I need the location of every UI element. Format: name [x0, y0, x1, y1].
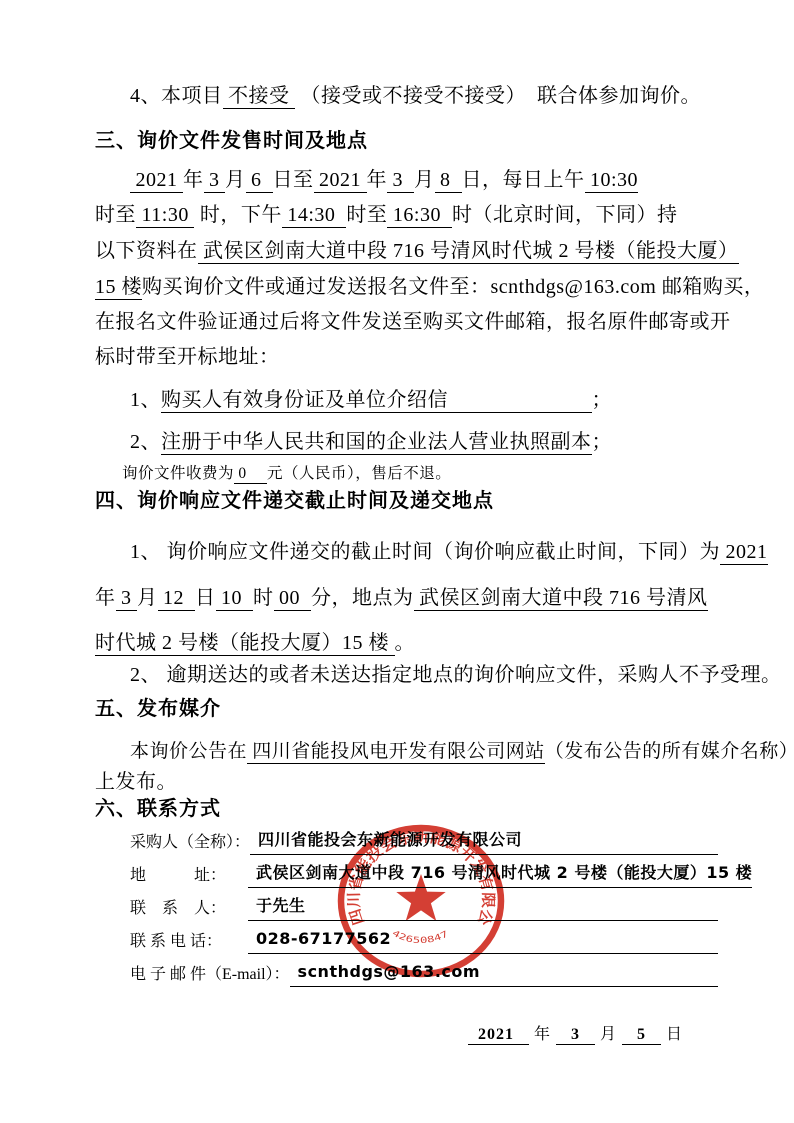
contact-row-address: 地 址：武侯区剑南大道中段 716 号清风时代城 2 号楼（能投大厦）15 楼 [130, 861, 718, 888]
text-segment: 日 [195, 587, 216, 609]
text-segment: 15 楼 [95, 276, 142, 300]
text-segment: 武侯区剑南大道中段 716 号清风 [414, 587, 708, 611]
text-segment: 日 [661, 1026, 683, 1043]
contact-person-label: 联 系 人： [130, 897, 248, 921]
section3-heading: 三、询价文件发售时间及地点 [95, 127, 368, 154]
text-segment: 年 [95, 587, 116, 609]
text-segment: 武侯区剑南大道中段 716 号清风时代城 2 号楼（能投大厦） [198, 240, 739, 264]
text-segment: 年 [367, 169, 388, 191]
phone-underline: 028-67177562 [248, 927, 718, 954]
text-segment: 分，地点为 [311, 587, 414, 609]
text-segment: 在报名文件验证通过后将文件发送至购买文件邮箱，报名原件邮寄或开 [95, 311, 731, 333]
email-underline: scnthdgs@163.com [290, 960, 718, 987]
address-underline: 武侯区剑南大道中段 716 号清风时代城 2 号楼（能投大厦）15 楼 [248, 861, 752, 888]
purchaser-label: 采购人（全称）： [130, 831, 250, 855]
text-segment: 元（人民币），售后不退。 [267, 465, 451, 482]
joint-venture-clause: 4、本项目 不接受 （接受或不接受不接受） 联合体参加询价。 [130, 83, 701, 110]
text-segment: 00 [274, 587, 312, 611]
text-segment: 10 [216, 587, 254, 611]
text-segment: 时至 [95, 204, 136, 226]
text-segment: 2021 [468, 1026, 529, 1045]
text-segment: ； [592, 431, 613, 453]
text-segment: 时代城 2 号楼（能投大厦）15 楼 [95, 632, 395, 656]
registration-line-1: 在报名文件验证通过后将文件发送至购买文件邮箱，报名原件邮寄或开 [95, 309, 731, 336]
text-segment: 时 [253, 587, 274, 609]
text-segment: 购买询价文件或通过发送报名文件至：scnthdgs@163.com 邮箱购买， [142, 276, 764, 298]
sale-time-line-1: 2021 年 3 月 6 日至 2021 年 3 月 8 日，每日上午 10:3… [130, 167, 638, 194]
text-segment: 标时带至开标地址： [95, 346, 280, 368]
text-segment: 3 [204, 169, 226, 193]
publish-media-line-1: 本询价公告在 四川省能投风电开发有限公司网站（发布公告的所有媒介名称） [130, 738, 794, 765]
text-segment: 6 [246, 169, 273, 193]
text-segment: 16:30 [387, 204, 452, 228]
email-value: scnthdgs@163.com [298, 962, 481, 981]
text-segment: 月 [225, 169, 246, 191]
purchaser-underline: 四川省能投会东新能源开发有限公司 [250, 828, 718, 855]
text-segment: 月 [595, 1026, 622, 1043]
section6-heading: 六、联系方式 [95, 795, 221, 822]
sale-time-line-2: 时至 11:30 时，下午 14:30 时至 16:30 时（北京时间，下同）持 [95, 202, 677, 229]
text-segment: 注册于中华人民共和国的企业法人营业执照副本 [161, 431, 592, 455]
text-segment: 2、 [130, 431, 161, 453]
text-segment: 10:30 [585, 169, 639, 193]
section5-heading: 五、发布媒介 [95, 695, 221, 722]
deadline-line-2: 年 3 月 12 日 10 时 00 分，地点为 武侯区剑南大道中段 716 号… [95, 585, 708, 612]
text-segment: 本询价公告在 [130, 741, 247, 762]
text-segment: 3 [116, 587, 138, 611]
text-segment: （发布公告的所有媒介名称） [545, 741, 794, 762]
contact-person-value: 于先生 [256, 896, 306, 915]
text-segment: 日，每日上午 [462, 169, 585, 191]
document-page: 4、本项目 不接受 （接受或不接受不接受） 联合体参加询价。 三、询价文件发售时… [0, 0, 794, 1123]
text-segment: 1、 [130, 389, 161, 411]
text-segment: 时至 [346, 204, 387, 226]
text-segment: 时（北京时间，下同）持 [452, 204, 678, 226]
text-segment: 3 [387, 169, 414, 193]
text-segment: 不接受 [223, 85, 296, 109]
purchaser-value: 四川省能投会东新能源开发有限公司 [258, 830, 522, 849]
sale-address-line-1: 以下资料在 武侯区剑南大道中段 716 号清风时代城 2 号楼（能投大厦） [95, 238, 739, 265]
text-segment: 8 [435, 169, 462, 193]
text-segment: 2021 [130, 169, 183, 193]
text-segment: 询价文件收费为 [122, 465, 234, 482]
text-segment: 14:30 [282, 204, 347, 228]
text-segment: 月 [414, 169, 435, 191]
deadline-line-1: 1、 询价响应文件递交的截止时间（询价响应截止时间，下同）为 2021 [130, 539, 768, 566]
text-segment: 12 [158, 587, 196, 611]
deadline-line-3: 时代城 2 号楼（能投大厦）15 楼 。 [95, 630, 415, 657]
text-segment: 日至 [273, 169, 314, 191]
text-segment: 四川省能投风电开发有限公司网站 [247, 741, 545, 764]
text-segment: 4、本项目 [130, 85, 223, 107]
text-segment: 月 [137, 587, 158, 609]
publish-media-line-2: 上发布。 [95, 769, 177, 796]
registration-line-2: 标时带至开标地址： [95, 344, 280, 371]
text-segment: 2、 逾期送达的或者未送达指定地点的询价响应文件，采购人不予受理。 [130, 664, 782, 686]
required-doc-item-1: 1、购买人有效身份证及单位介绍信 ； [130, 387, 612, 414]
text-segment: 3 [556, 1026, 595, 1045]
text-segment: 购买人有效身份证及单位介绍信 [161, 389, 592, 413]
text-segment: 2021 [314, 169, 367, 193]
contact-person-underline: 于先生 [248, 894, 718, 921]
text-segment: 5 [622, 1026, 661, 1045]
text-segment: ； [592, 389, 613, 411]
contact-row-person: 联 系 人：于先生 [130, 894, 718, 921]
contact-row-email: 电 子 邮 件（E-mail）：scnthdgs@163.com [130, 960, 718, 987]
text-segment: 年 [183, 169, 204, 191]
required-doc-item-2: 2、注册于中华人民共和国的企业法人营业执照副本； [130, 429, 612, 456]
phone-value: 028-67177562 [256, 929, 391, 948]
phone-label: 联 系 电 话： [130, 930, 248, 954]
text-segment: 2021 [720, 541, 768, 565]
sale-address-line-2: 15 楼购买询价文件或通过发送报名文件至：scnthdgs@163.com 邮箱… [95, 274, 764, 301]
section4-heading: 四、询价响应文件递交截止时间及递交地点 [95, 487, 494, 514]
contact-row-phone: 联 系 电 话：028-67177562 [130, 927, 718, 954]
text-segment: 11:30 [136, 204, 194, 228]
signature-date: 2021 年 3 月 5 日 [468, 1021, 683, 1044]
text-segment: 上发布。 [95, 771, 177, 793]
text-segment: 以下资料在 [95, 240, 198, 262]
contact-row-purchaser: 采购人（全称）：四川省能投会东新能源开发有限公司 [130, 828, 718, 855]
text-segment: 年 [529, 1026, 556, 1043]
text-segment: 0 [234, 465, 267, 484]
text-segment: 时，下午 [194, 204, 282, 226]
address-label: 地 址： [130, 864, 248, 888]
address-value: 武侯区剑南大道中段 716 号清风时代城 2 号楼（能投大厦）15 楼 [256, 863, 752, 882]
text-segment: 1、 询价响应文件递交的截止时间（询价响应截止时间，下同）为 [130, 541, 720, 563]
text-segment: （接受或不接受不接受） 联合体参加询价。 [295, 85, 701, 107]
text-segment: 。 [395, 632, 416, 654]
late-delivery-clause: 2、 逾期送达的或者未送达指定地点的询价响应文件，采购人不予受理。 [130, 662, 782, 689]
fee-line: 询价文件收费为 0 元（人民币），售后不退。 [122, 460, 451, 487]
email-label: 电 子 邮 件（E-mail）： [130, 963, 290, 987]
